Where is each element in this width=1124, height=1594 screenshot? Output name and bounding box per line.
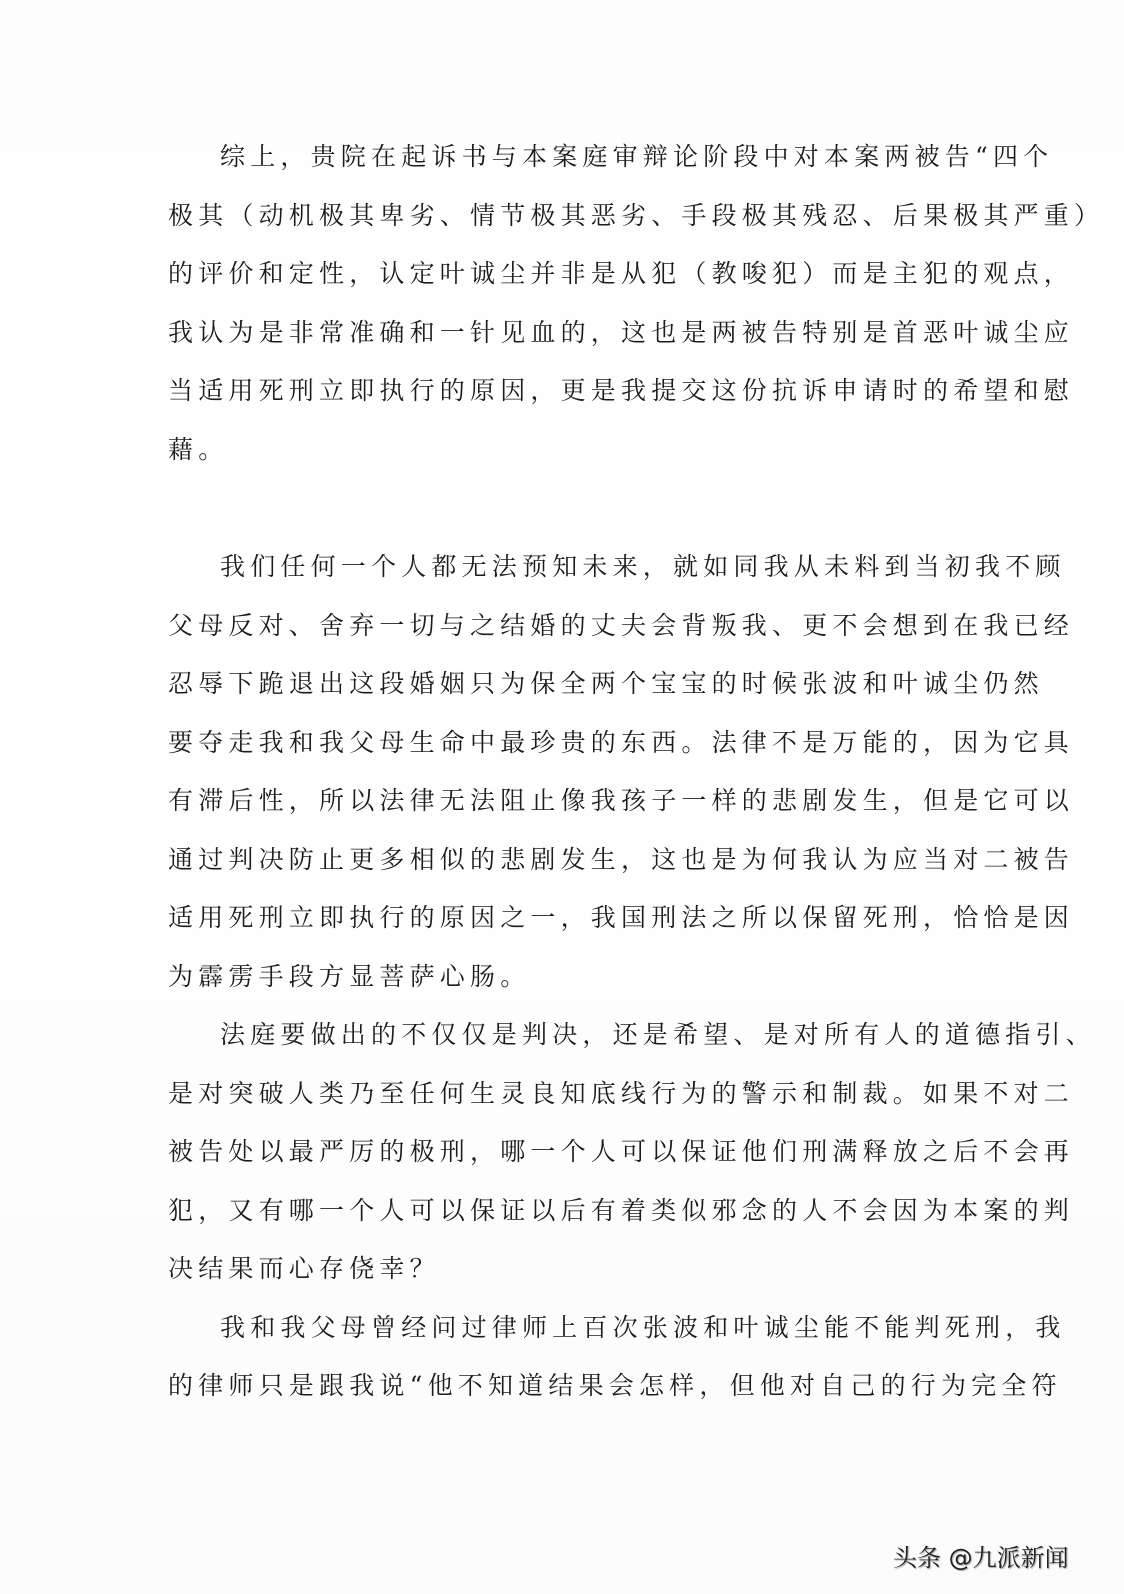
text-line: 为霹雳手段方显菩萨心肠。 xyxy=(168,962,530,992)
text-line: 综上，贵院在起诉书与本案庭审辩论阶段中对本案两被告“四个 xyxy=(220,142,1053,172)
text-line: 通过判决防止更多相似的悲剧发生，这也是为何我认为应当对二被告 xyxy=(168,845,1074,875)
text-line: 有滞后性，所以法律无法阻止像我孩子一样的悲剧发生，但是它可以 xyxy=(168,786,1074,816)
text-line: 极其（动机极其卑劣、情节极其恶劣、手段极其残忍、后果极其严重） xyxy=(168,201,1104,231)
text-line: 藉。 xyxy=(168,435,228,465)
text-line: 忍辱下跪退出这段婚姻只为保全两个宝宝的时候张波和叶诚尘仍然 xyxy=(168,669,1044,699)
text-line: 的评价和定性，认定叶诚尘并非是从犯（教唆犯）而是主犯的观点， xyxy=(168,259,1074,289)
text-line: 我认为是非常准确和一针见血的，这也是两被告特别是首恶叶诚尘应 xyxy=(168,318,1074,348)
source-watermark: 头条 @九派新闻 xyxy=(893,1538,1069,1573)
text-line: 被告处以最严厉的极刑，哪一个人可以保证他们刑满释放之后不会再 xyxy=(168,1137,1074,1167)
text-line: 决结果而心存侥幸？ xyxy=(168,1254,440,1284)
text-line: 适用死刑立即执行的原因之一，我国刑法之所以保留死刑，恰恰是因 xyxy=(168,903,1074,933)
text-line: 法庭要做出的不仅仅是判决，还是希望、是对所有人的道德指引、 xyxy=(220,1020,1096,1050)
document-page: 综上，贵院在起诉书与本案庭审辩论阶段中对本案两被告“四个极其（动机极其卑劣、情节… xyxy=(0,0,1124,1594)
text-line: 要夺走我和我父母生命中最珍贵的东西。法律不是万能的，因为它具 xyxy=(168,728,1074,758)
text-line: 当适用死刑立即执行的原因，更是我提交这份抗诉申请时的希望和慰 xyxy=(168,376,1074,406)
text-line: 犯，又有哪一个人可以保证以后有着类似邪念的人不会因为本案的判 xyxy=(168,1196,1074,1226)
text-line: 我们任何一个人都无法预知未来，就如同我从未料到当初我不顾 xyxy=(220,552,1066,582)
text-line: 父母反对、舍弃一切与之结婚的丈夫会背叛我、更不会想到在我已经 xyxy=(168,611,1074,641)
text-line: 是对突破人类乃至任何生灵良知底线行为的警示和制裁。如果不对二 xyxy=(168,1079,1074,1109)
text-line: 我和我父母曾经问过律师上百次张波和叶诚尘能不能判死刑，我 xyxy=(220,1313,1066,1343)
text-line: 的律师只是跟我说“他不知道结果会怎样，但他对自己的行为完全符 xyxy=(168,1371,1062,1401)
